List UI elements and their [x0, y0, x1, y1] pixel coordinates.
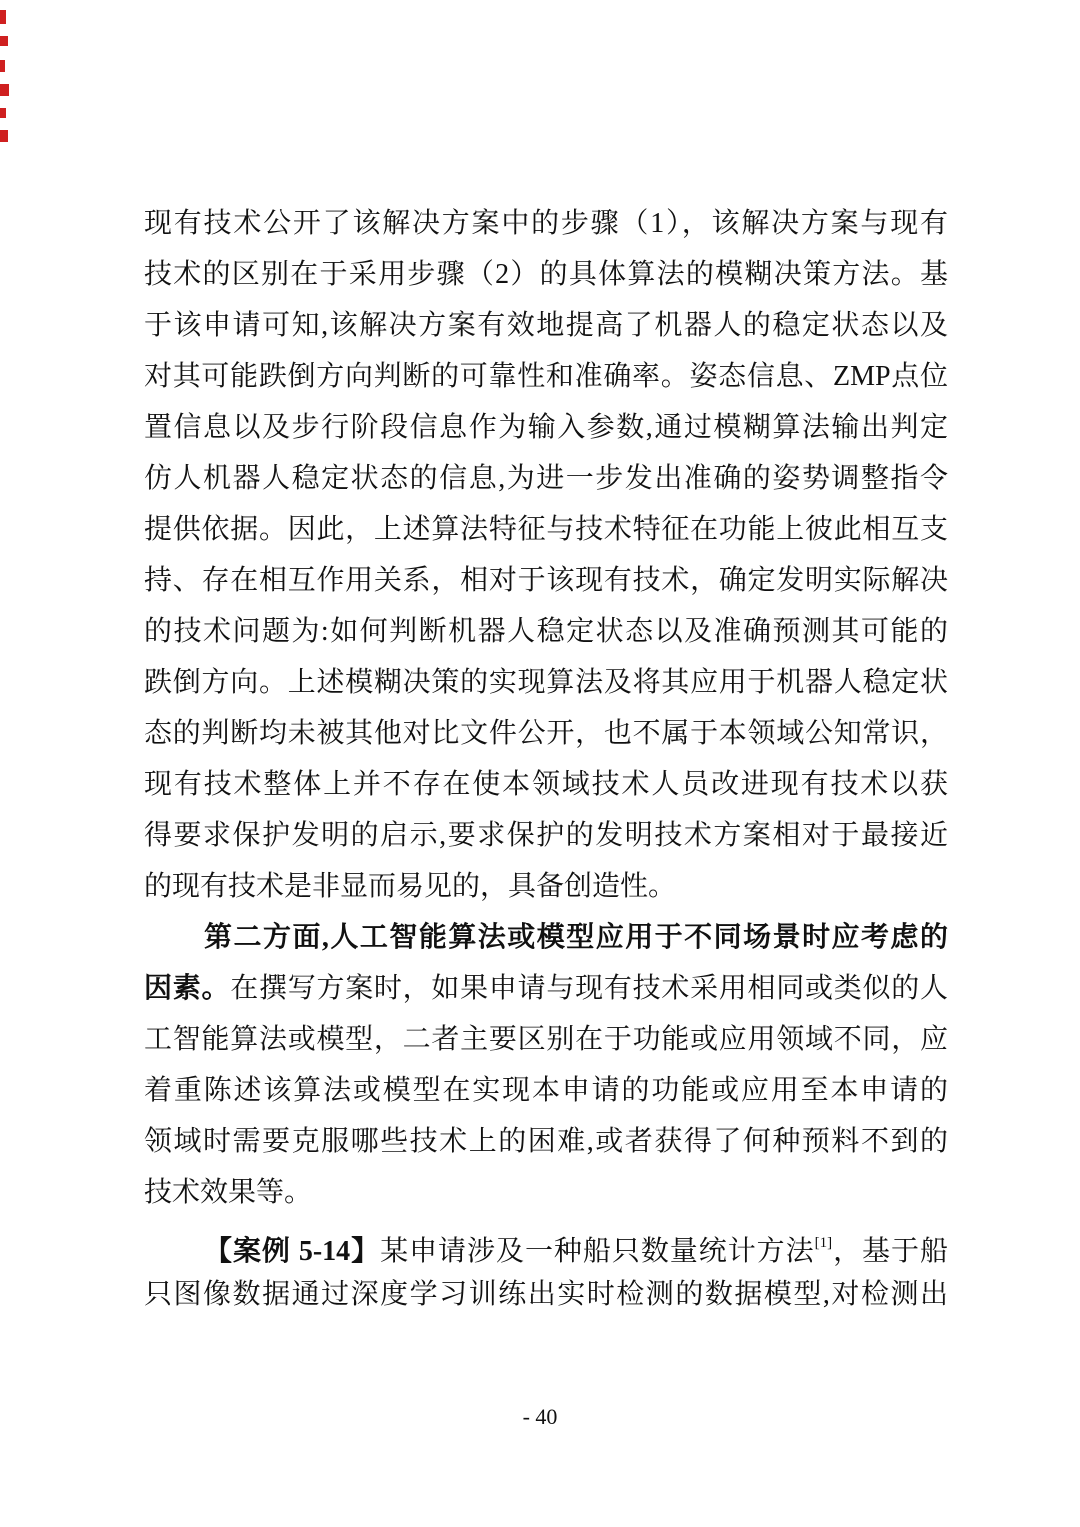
text-line: 提供依据。因此，上述算法特征与技术特征在功能上彼此相互支: [144, 504, 948, 555]
red-edge-mark: [0, 10, 6, 24]
text-run: 领域时需要克服哪些技术上的困难,或者获得了何种预料不到的: [144, 1126, 948, 1157]
text-run: 技术效果等。: [144, 1177, 312, 1208]
footnote-ref: [1]: [815, 1235, 833, 1251]
text-run: 现有技术公开了该解决方案中的步骤（1），该解决方案与现有: [144, 208, 948, 239]
text-run: 技术的区别在于采用步骤（2）的具体算法的模糊决策方法。基: [144, 259, 948, 290]
text-run: 得要求保护发明的启示,要求保护的发明技术方案相对于最接近: [144, 820, 948, 851]
text-line: 的现有技术是非显而易见的，具备创造性。: [144, 861, 948, 912]
paragraph-case-5-14: 【案例 5-14】某申请涉及一种船只数量统计方法[1]，基于船 只图像数据通过深…: [144, 1218, 948, 1320]
text-line: 的技术问题为:如何判断机器人稳定状态以及准确预测其可能的: [144, 606, 948, 657]
red-edge-mark: [0, 60, 5, 72]
text-run: 持、存在相互作用关系，相对于该现有技术，确定发明实际解决: [144, 565, 948, 596]
text-run: 现有技术整体上并不存在使本领域技术人员改进现有技术以获: [144, 769, 948, 800]
text-line: 因素。在撰写方案时，如果申请与现有技术采用相同或类似的人: [144, 963, 948, 1014]
text-line: 现有技术整体上并不存在使本领域技术人员改进现有技术以获: [144, 759, 948, 810]
text-run: 在撰写方案时，如果申请与现有技术采用相同或类似的人: [230, 973, 948, 1004]
text-line: 仿人机器人稳定状态的信息,为进一步发出准确的姿势调整指令: [144, 453, 948, 504]
red-edge-mark: [0, 108, 6, 118]
text-line: 技术的区别在于采用步骤（2）的具体算法的模糊决策方法。基: [144, 249, 948, 300]
text-run: 对其可能跌倒方向判断的可靠性和准确率。姿态信息、ZMP点位: [144, 361, 948, 392]
text-line: 于该申请可知,该解决方案有效地提高了机器人的稳定状态以及: [144, 300, 948, 351]
text-line: 只图像数据通过深度学习训练出实时检测的数据模型,对检测出: [144, 1269, 948, 1320]
paragraph-continuation: 现有技术公开了该解决方案中的步骤（1），该解决方案与现有 技术的区别在于采用步骤…: [144, 198, 948, 912]
text-run: 于该申请可知,该解决方案有效地提高了机器人的稳定状态以及: [144, 310, 948, 341]
body-text: 现有技术公开了该解决方案中的步骤（1），该解决方案与现有 技术的区别在于采用步骤…: [144, 198, 948, 1320]
section-heading-run: 第二方面,人工智能算法或模型应用于不同场景时应考虑的: [204, 922, 948, 953]
text-line: 领域时需要克服哪些技术上的困难,或者获得了何种预料不到的: [144, 1116, 948, 1167]
text-run: 工智能算法或模型，二者主要区别在于功能或应用领域不同，应: [144, 1024, 948, 1055]
text-line: 得要求保护发明的启示,要求保护的发明技术方案相对于最接近: [144, 810, 948, 861]
text-run: 的现有技术是非显而易见的，具备创造性。: [144, 871, 676, 902]
text-run: 的技术问题为:如何判断机器人稳定状态以及准确预测其可能的: [144, 616, 948, 647]
text-run: 某申请涉及一种船只数量统计方法: [380, 1236, 815, 1267]
text-line: 【案例 5-14】某申请涉及一种船只数量统计方法[1]，基于船: [144, 1218, 948, 1269]
red-edge-mark: [0, 130, 8, 142]
text-line: 着重陈述该算法或模型在实现本申请的功能或应用至本申请的: [144, 1065, 948, 1116]
text-line: 技术效果等。: [144, 1167, 948, 1218]
case-label-run: 【案例 5-14】: [204, 1236, 380, 1267]
text-run: 态的判断均未被其他对比文件公开，也不属于本领域公知常识，: [144, 718, 948, 749]
text-line: 持、存在相互作用关系，相对于该现有技术，确定发明实际解决: [144, 555, 948, 606]
paragraph-second-aspect: 第二方面,人工智能算法或模型应用于不同场景时应考虑的 因素。在撰写方案时，如果申…: [144, 912, 948, 1218]
text-run: 着重陈述该算法或模型在实现本申请的功能或应用至本申请的: [144, 1075, 948, 1106]
text-run: 置信息以及步行阶段信息作为输入参数,通过模糊算法输出判定: [144, 412, 948, 443]
red-edge-mark: [0, 84, 9, 96]
section-heading-run: 因素。: [144, 973, 230, 1004]
text-line: 现有技术公开了该解决方案中的步骤（1），该解决方案与现有: [144, 198, 948, 249]
document-page: 现有技术公开了该解决方案中的步骤（1），该解决方案与现有 技术的区别在于采用步骤…: [0, 0, 1080, 1527]
red-edge-mark: [0, 36, 8, 46]
text-run: ，基于船: [832, 1236, 948, 1267]
text-line: 跌倒方向。上述模糊决策的实现算法及将其应用于机器人稳定状: [144, 657, 948, 708]
text-run: 只图像数据通过深度学习训练出实时检测的数据模型,对检测出: [144, 1279, 948, 1310]
text-line: 工智能算法或模型，二者主要区别在于功能或应用领域不同，应: [144, 1014, 948, 1065]
text-line: 置信息以及步行阶段信息作为输入参数,通过模糊算法输出判定: [144, 402, 948, 453]
text-line: 对其可能跌倒方向判断的可靠性和准确率。姿态信息、ZMP点位: [144, 351, 948, 402]
text-run: 仿人机器人稳定状态的信息,为进一步发出准确的姿势调整指令: [144, 463, 948, 494]
text-line: 第二方面,人工智能算法或模型应用于不同场景时应考虑的: [144, 912, 948, 963]
text-run: 提供依据。因此，上述算法特征与技术特征在功能上彼此相互支: [144, 514, 948, 545]
text-run: 跌倒方向。上述模糊决策的实现算法及将其应用于机器人稳定状: [144, 667, 948, 698]
text-line: 态的判断均未被其他对比文件公开，也不属于本领域公知常识，: [144, 708, 948, 759]
page-number: - 40: [0, 1402, 1080, 1432]
